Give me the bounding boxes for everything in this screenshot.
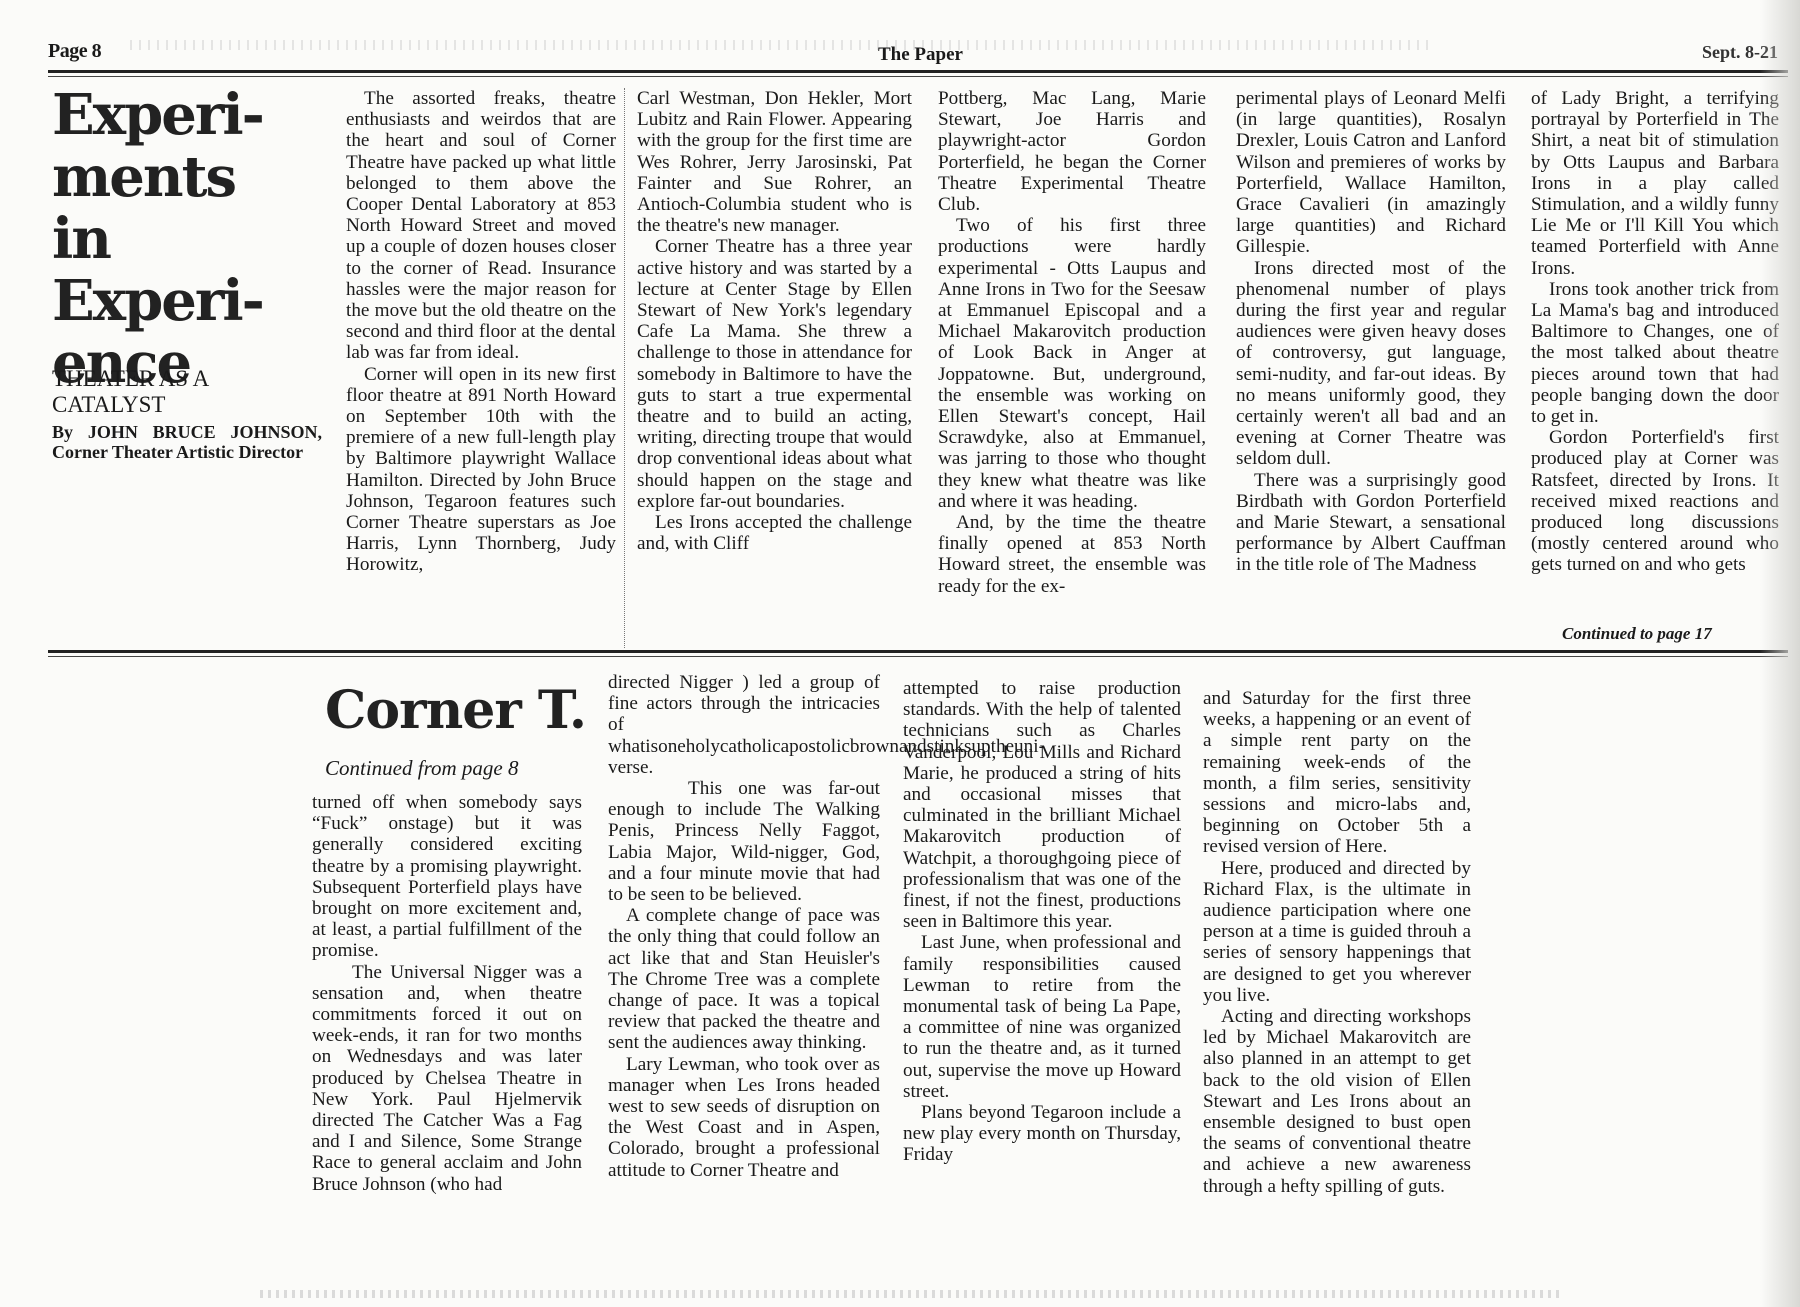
paragraph: Pottberg, Mac Lang, Marie Stewart, Joe H… [938,88,1206,215]
paragraph: Acting and directing workshops led by Mi… [1203,1006,1471,1197]
paragraph: Gordon Porterfield's first produced play… [1531,427,1779,575]
paragraph: The Universal Nigger was a sensation and… [312,962,582,1195]
paragraph: Last June, when professional and family … [903,932,1181,1102]
masthead-rule [48,70,1788,77]
continued-from-label: Continued from page 8 [325,756,518,781]
section-rule [48,650,1788,657]
print-noise [260,1290,1560,1298]
paragraph: of Lady Bright, a terrifying portrayal b… [1531,88,1779,279]
paragraph: And, by the time the theatre finally ope… [938,512,1206,597]
paragraph: Irons directed most of the phenomenal nu… [1236,258,1506,470]
article-headline: Experi- ments in Experi- ence [52,84,292,394]
headline-line: in [52,208,292,270]
paragraph: Lary Lewman, who took over as manager wh… [608,1054,880,1181]
article1-column-2: Carl Westman, Don Hekler, Mort Lubitz an… [637,88,912,554]
masthead: Page 8 The Paper Sept. 8-21 [48,36,1788,66]
headline-line: Experi- [52,270,292,332]
continued-to-label: Continued to page 17 [1562,624,1712,644]
paragraph: Corner will open in its new first floor … [346,364,616,576]
paragraph: Les Irons accepted the challenge and, wi… [637,512,912,554]
paragraph: There was a surprisingly good Birdbath w… [1236,470,1506,576]
page-number: Page 8 [48,40,101,63]
article2-column-1: turned off when somebody says “Fuck” ons… [312,792,582,1195]
article1-column-5: of Lady Bright, a terrifying portrayal b… [1531,88,1779,576]
article2-column-2: directed Nigger ) led a group of fine ac… [608,672,880,1181]
paragraph: Two of his first three productions were … [938,215,1206,512]
article2-column-3: attempted to raise production standards.… [903,678,1181,1166]
page-edge-shadow [1760,0,1800,1307]
paper-name: The Paper [878,44,963,66]
article-subhead: THEATER AS A CATALYST [52,366,312,418]
paragraph: This one was far-out enough to include T… [608,778,880,905]
paragraph: Carl Westman, Don Hekler, Mort Lubitz an… [637,88,912,236]
headline-line: ments [52,146,292,208]
article1-column-3: Pottberg, Mac Lang, Marie Stewart, Joe H… [938,88,1206,597]
article1-column-4: perimental plays of Leonard Melfi (in la… [1236,88,1506,576]
paragraph: directed Nigger ) led a group of fine ac… [608,672,880,778]
paragraph: and Saturday for the first three weeks, … [1203,688,1471,858]
paragraph: The assorted freaks, theatre enthusiasts… [346,88,616,364]
paragraph: A complete change of pace was the only t… [608,905,880,1053]
paragraph: attempted to raise production standards.… [903,678,1181,932]
continuation-headline: Corner T. [325,680,586,741]
column-divider [624,88,625,648]
article2-column-4: and Saturday for the first three weeks, … [1203,688,1471,1197]
paragraph: Irons took another trick from La Mama's … [1531,279,1779,427]
paragraph: turned off when somebody says “Fuck” ons… [312,792,582,962]
paragraph: Here, produced and directed by Richard F… [1203,858,1471,1006]
headline-line: Experi- [52,84,292,146]
paragraph: perimental plays of Leonard Melfi (in la… [1236,88,1506,258]
paragraph: Corner Theatre has a three year active h… [637,236,912,512]
byline: By JOHN BRUCE JOHNSON, Corner Theater Ar… [52,422,322,462]
paragraph: Plans beyond Tegaroon include a new play… [903,1102,1181,1166]
article1-column-1: The assorted freaks, theatre enthusiasts… [346,88,616,576]
